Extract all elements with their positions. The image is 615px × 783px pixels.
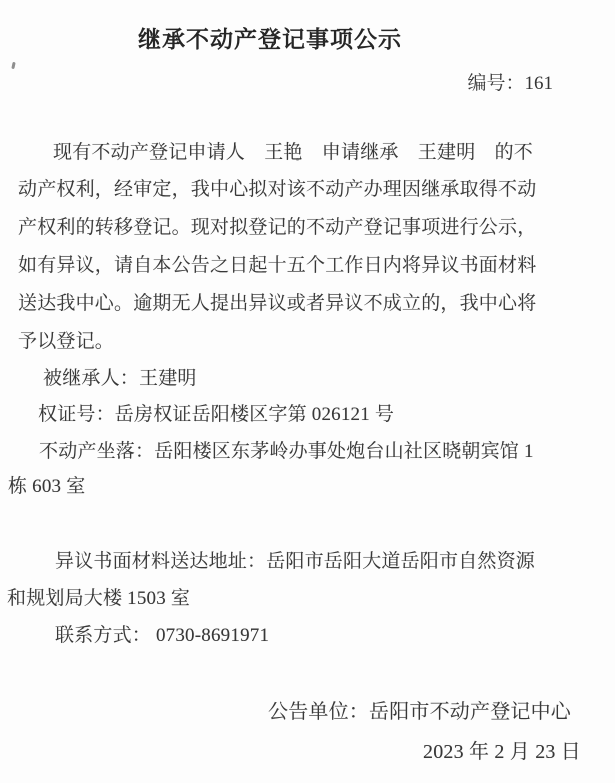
objection-address-cont: 和规划局大楼 1503 室 [7,586,190,612]
doc-number: 编号：161 [467,71,553,97]
detail-property-location-cont: 栋 603 室 [8,474,85,500]
detail-certificate-number: 权证号：岳房权证岳阳楼区字第 026121 号 [38,402,394,428]
paragraph-line: 如有异议，请自本公告之日起十五个工作日内将异议书面材料 [18,253,536,279]
contact-phone-line: 联系方式： 0730-8691971 [55,623,269,649]
notice-document: 继承不动产登记事项公示 编号：161 现有不动产登记申请人 王艳 申请继承 王建… [0,0,615,783]
issuer-line: 公告单位：岳阳市不动产登记中心 [268,699,571,725]
page-title: 继承不动产登记事项公示 [0,24,540,54]
paragraph-line: 动产权利，经审定，我中心拟对该不动产办理因继承取得不动 [18,177,536,203]
objection-address-line: 异议书面材料送达地址：岳阳市岳阳大道岳阳市自然资源 [55,549,535,575]
paragraph-line: 产权利的转移登记。现对拟登记的不动产登记事项进行公示， [18,215,536,241]
scan-speck [11,62,15,69]
date-line: 2023 年 2 月 23 日 [423,739,581,765]
detail-property-location: 不动产坐落：岳阳楼区东茅岭办事处炮台山社区晓朝宾馆 1 [39,439,534,465]
detail-heir: 被继承人：王建明 [43,366,197,392]
paragraph-line: 予以登记。 [18,329,114,355]
paragraph-line: 送达我中心。逾期无人提出异议或者异议不成立的，我中心将 [18,291,536,317]
paragraph-line: 现有不动产登记申请人 王艳 申请继承 王建明 的不 [53,140,533,166]
